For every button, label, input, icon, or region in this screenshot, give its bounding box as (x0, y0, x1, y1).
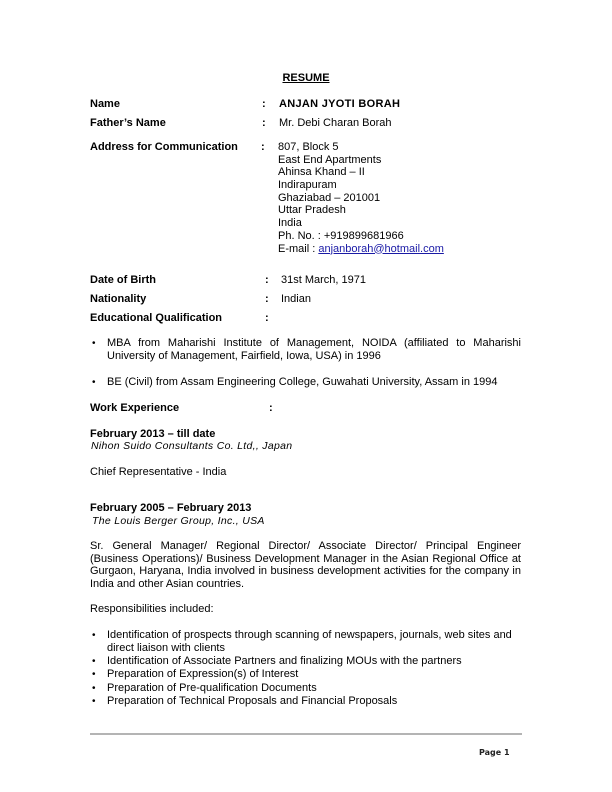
work-experience-label: Work Experience (90, 402, 179, 415)
name-label: Name (90, 98, 120, 111)
job-company: The Louis Berger Group, Inc., USA (92, 515, 265, 528)
father-name-label: Father’s Name (90, 117, 166, 130)
page-number: Page 1 (479, 746, 510, 759)
dob-colon: : (265, 274, 269, 287)
education-label: Educational Qualification (90, 312, 222, 325)
education-item: BE (Civil) from Assam Engineering Colleg… (107, 376, 521, 389)
responsibility-item: Preparation of Pre-qualification Documen… (107, 682, 527, 695)
dob-label: Date of Birth (90, 274, 156, 287)
job-company: Nihon Suido Consultants Co. Ltd,, Japan (91, 440, 292, 453)
dob-value: 31st March, 1971 (281, 274, 366, 287)
work-experience-colon: : (269, 402, 273, 415)
address-line: Uttar Pradesh (278, 204, 444, 217)
education-item: MBA from Maharishi Institute of Manageme… (107, 337, 521, 362)
address-line: Ahinsa Khand – II (278, 166, 444, 179)
job-role: Chief Representative - India (90, 466, 226, 479)
address-label: Address for Communication (90, 141, 238, 154)
nationality-colon: : (265, 293, 269, 306)
father-name-colon: : (262, 117, 266, 130)
bullet-icon: • (92, 682, 96, 695)
address-colon: : (261, 141, 265, 154)
name-value: ANJAN JYOTI BORAH (279, 98, 400, 111)
father-name-value: Mr. Debi Charan Borah (279, 117, 392, 130)
education-colon: : (265, 312, 269, 325)
responsibility-item: Identification of Associate Partners and… (107, 655, 527, 668)
responsibility-item: Preparation of Expression(s) of Interest (107, 668, 527, 681)
address-line: Indirapuram (278, 179, 444, 192)
email-prefix: E-mail : (278, 243, 318, 255)
address-line: East End Apartments (278, 154, 444, 167)
responsibility-item: Identification of prospects through scan… (107, 629, 523, 654)
bullet-icon: • (92, 337, 96, 350)
address-line: 807, Block 5 (278, 141, 444, 154)
bullet-icon: • (92, 376, 96, 389)
name-colon: : (262, 98, 266, 111)
bullet-icon: • (92, 668, 96, 681)
bullet-icon: • (92, 629, 96, 642)
address-line: Ghaziabad – 201001 (278, 192, 444, 205)
email-line: E-mail : anjanborah@hotmail.com (278, 243, 444, 256)
phone-line: Ph. No. : +919899681966 (278, 230, 444, 243)
responsibility-item: Preparation of Technical Proposals and F… (107, 695, 527, 708)
bullet-icon: • (92, 695, 96, 708)
responsibilities-label: Responsibilities included: (90, 603, 214, 616)
address-line: India (278, 217, 444, 230)
nationality-value: Indian (281, 293, 311, 306)
resume-title: RESUME (0, 72, 612, 85)
job-description: Sr. General Manager/ Regional Director/ … (90, 540, 521, 591)
address-block: 807, Block 5 East End Apartments Ahinsa … (278, 141, 444, 255)
footer-divider (90, 733, 522, 735)
email-link[interactable]: anjanborah@hotmail.com (318, 243, 444, 255)
nationality-label: Nationality (90, 293, 146, 306)
bullet-icon: • (92, 655, 96, 668)
job-period: February 2005 – February 2013 (90, 502, 251, 515)
